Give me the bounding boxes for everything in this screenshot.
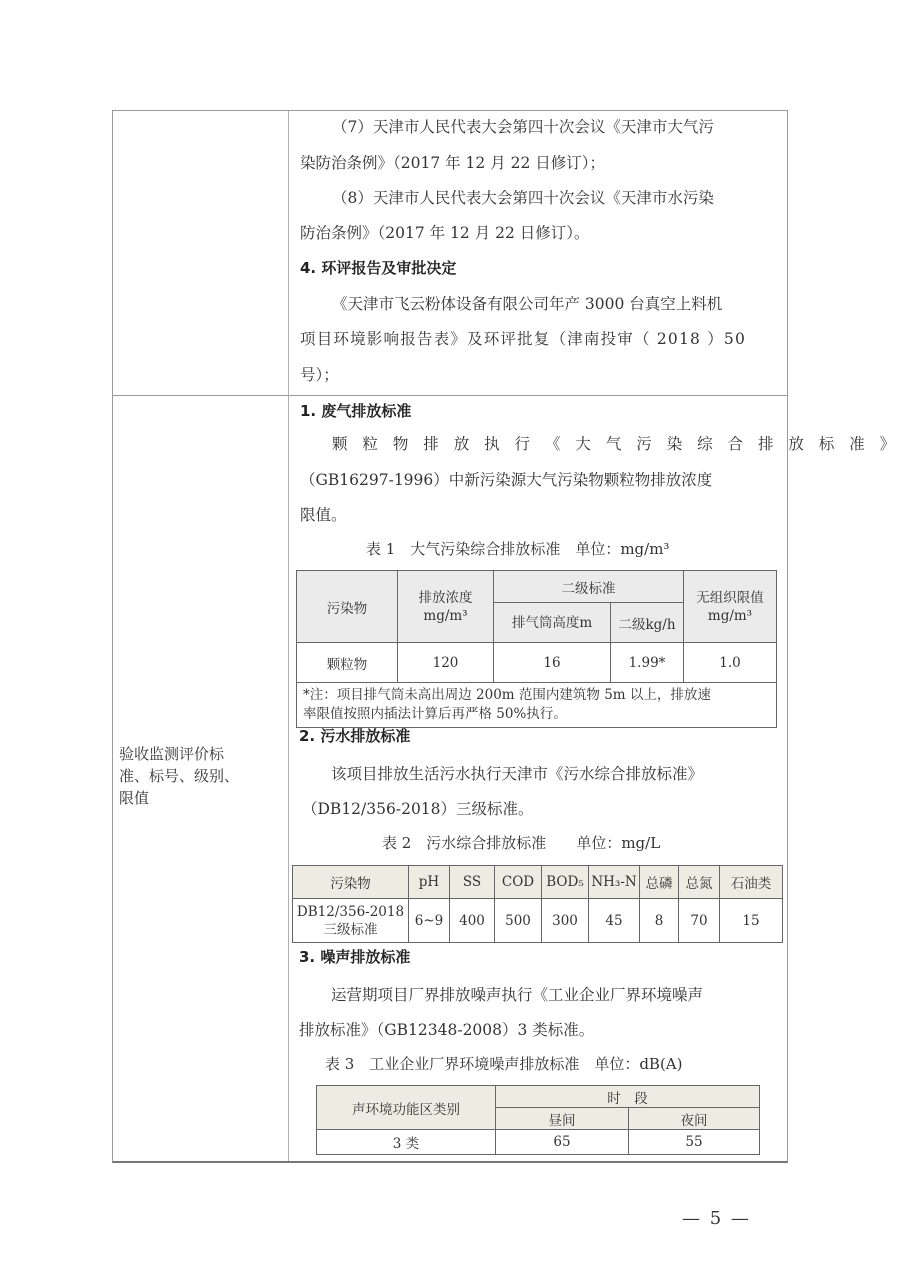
th-stack-height: 排气筒高度m [494,603,611,643]
cell-bod5: 300 [542,899,589,943]
th-fugitive-unit: mg/m³ [684,607,776,625]
report-line1: 《天津市飞云粉体设备有限公司年产 3000 台真空上料机 [300,292,777,314]
th-ph: pH [409,866,450,899]
page-number: — 5 — [682,1208,751,1229]
row-divider [113,395,787,396]
table-row: DB12/356-2018 三级标准 6~9 400 500 300 45 8 … [293,899,783,943]
cell-total-n: 70 [679,899,720,943]
th-fugitive-label: 无组织限值 [684,589,776,607]
cell-nh3n: 45 [589,899,640,943]
cell-concentration: 120 [398,643,494,683]
noise-para-line1: 运营期项目厂界排放噪声执行《工业企业厂界环境噪声 [331,983,891,1005]
table1-note: *注：项目排气筒未高出周边 200m 范围内建筑物 5m 以上，排放速 率限值按… [297,683,777,728]
th-ss: SS [450,866,495,899]
cell-petroleum: 15 [720,899,783,943]
item-7-line1: （7）天津市人民代表大会第四十次会议《天津市大气污 [300,115,777,137]
th-concentration-unit: mg/m³ [398,607,493,625]
cell-night: 55 [629,1130,760,1155]
noise-para-line2: 排放标准》（GB12348-2008）3 类标准。 [299,1018,891,1040]
cell-rate: 1.99* [611,643,684,683]
item-8-line2: 防治条例》（2017 年 12 月 22 日修订）。 [300,221,777,243]
th-pollutant: 污染物 [297,571,398,643]
th-pollutant: 污染物 [293,866,409,899]
table-row: 3 类 65 55 [317,1130,760,1155]
row-label-line: 准、标号、级别、 [119,765,279,787]
th-category: 声环境功能区类别 [317,1086,496,1130]
th-level2: 二级标准 [494,571,684,603]
row-label-line: 限值 [119,787,279,809]
cell-ss: 400 [450,899,495,943]
cell-total-p: 8 [640,899,679,943]
heading-noise: 3. 噪声排放标准 [299,946,891,967]
th-period: 时 段 [496,1086,760,1108]
water-para-line2: （DB12/356-2018）三级标准。 [302,797,891,819]
air-para-text: （GB16297-1996）中新污染源大气污染物颗粒物排放浓度 [300,471,712,489]
air-standard-table: 污染物 排放浓度 mg/m³ 二级标准 无组织限值 mg/m³ 排气筒高度m 二… [296,570,777,728]
water-standard-table: 污染物 pH SS COD BOD₅ NH₃-N 总磷 总氮 石油类 DB12/… [292,865,783,943]
report-line2: 项目环境影响报告表》及环评批复（津南投审（ 2018 ）50 [300,327,777,349]
table-row: 颗粒物 120 16 1.99* 1.0 [297,643,777,683]
th-fugitive: 无组织限值 mg/m³ [684,571,777,643]
th-total-p: 总磷 [640,866,679,899]
th-concentration-label: 排放浓度 [398,589,493,607]
heading-eia-report: 4. 环评报告及审批决定 [300,257,777,278]
th-level2-rate: 二级kg/h [611,603,684,643]
cell-pollutant: 颗粒物 [297,643,398,683]
column-divider [288,111,289,1161]
report-line3: 号）； [300,363,777,385]
note-line: 率限值按照内插法计算后再严格 50%执行。 [303,705,770,724]
air-para-line1: 颗 粒 物 排 放 执 行 《 大 气 污 染 综 合 排 放 标 准 》 [300,432,777,454]
table1-caption: 表 1 大气污染综合排放标准 单位：mg/m³ [366,538,669,559]
table3-caption: 表 3 工业企业厂界环境噪声排放标准 单位：dB(A) [325,1053,682,1074]
heading-water: 2. 污水排放标准 [299,725,891,746]
row-label-line: 验收监测评价标 [119,743,279,765]
heading-air: 1. 废气排放标准 [300,400,777,421]
cell-stack-height: 16 [494,643,611,683]
row-label-standards: 验收监测评价标 准、标号、级别、 限值 [119,743,279,809]
table2-caption: 表 2 污水综合排放标准 单位：mg/L [382,832,660,853]
cell-cod: 500 [495,899,542,943]
note-line: *注：项目排气筒未高出周边 200m 范围内建筑物 5m 以上，排放速 [303,686,770,705]
cell-ph: 6~9 [409,899,450,943]
th-nh3n: NH₃-N [589,866,640,899]
item-8-line1: （8）天津市人民代表大会第四十次会议《天津市水污染 [300,186,777,208]
th-cod: COD [495,866,542,899]
th-day: 昼间 [496,1108,629,1130]
cell-standard-line2: 三级标准 [293,921,408,939]
air-para-line2: （GB16297-1996）中新污染源大气污染物颗粒物排放浓度 [300,468,777,490]
cell-category: 3 类 [317,1130,496,1155]
water-para-line1: 该项目排放生活污水执行天津市《污水综合排放标准》 [331,762,891,784]
th-petroleum: 石油类 [720,866,783,899]
th-total-n: 总氮 [679,866,720,899]
th-bod5: BOD₅ [542,866,589,899]
noise-standard-table: 声环境功能区类别 时 段 昼间 夜间 3 类 65 55 [316,1085,760,1155]
item-7-line2: 染防治条例》（2017 年 12 月 22 日修订）； [300,151,777,173]
th-night: 夜间 [629,1108,760,1130]
cell-day: 65 [496,1130,629,1155]
cell-standard-line1: DB12/356-2018 [293,903,408,921]
th-concentration: 排放浓度 mg/m³ [398,571,494,643]
cell-standard: DB12/356-2018 三级标准 [293,899,409,943]
air-para-line3: 限值。 [300,503,777,525]
cell-fugitive: 1.0 [684,643,777,683]
